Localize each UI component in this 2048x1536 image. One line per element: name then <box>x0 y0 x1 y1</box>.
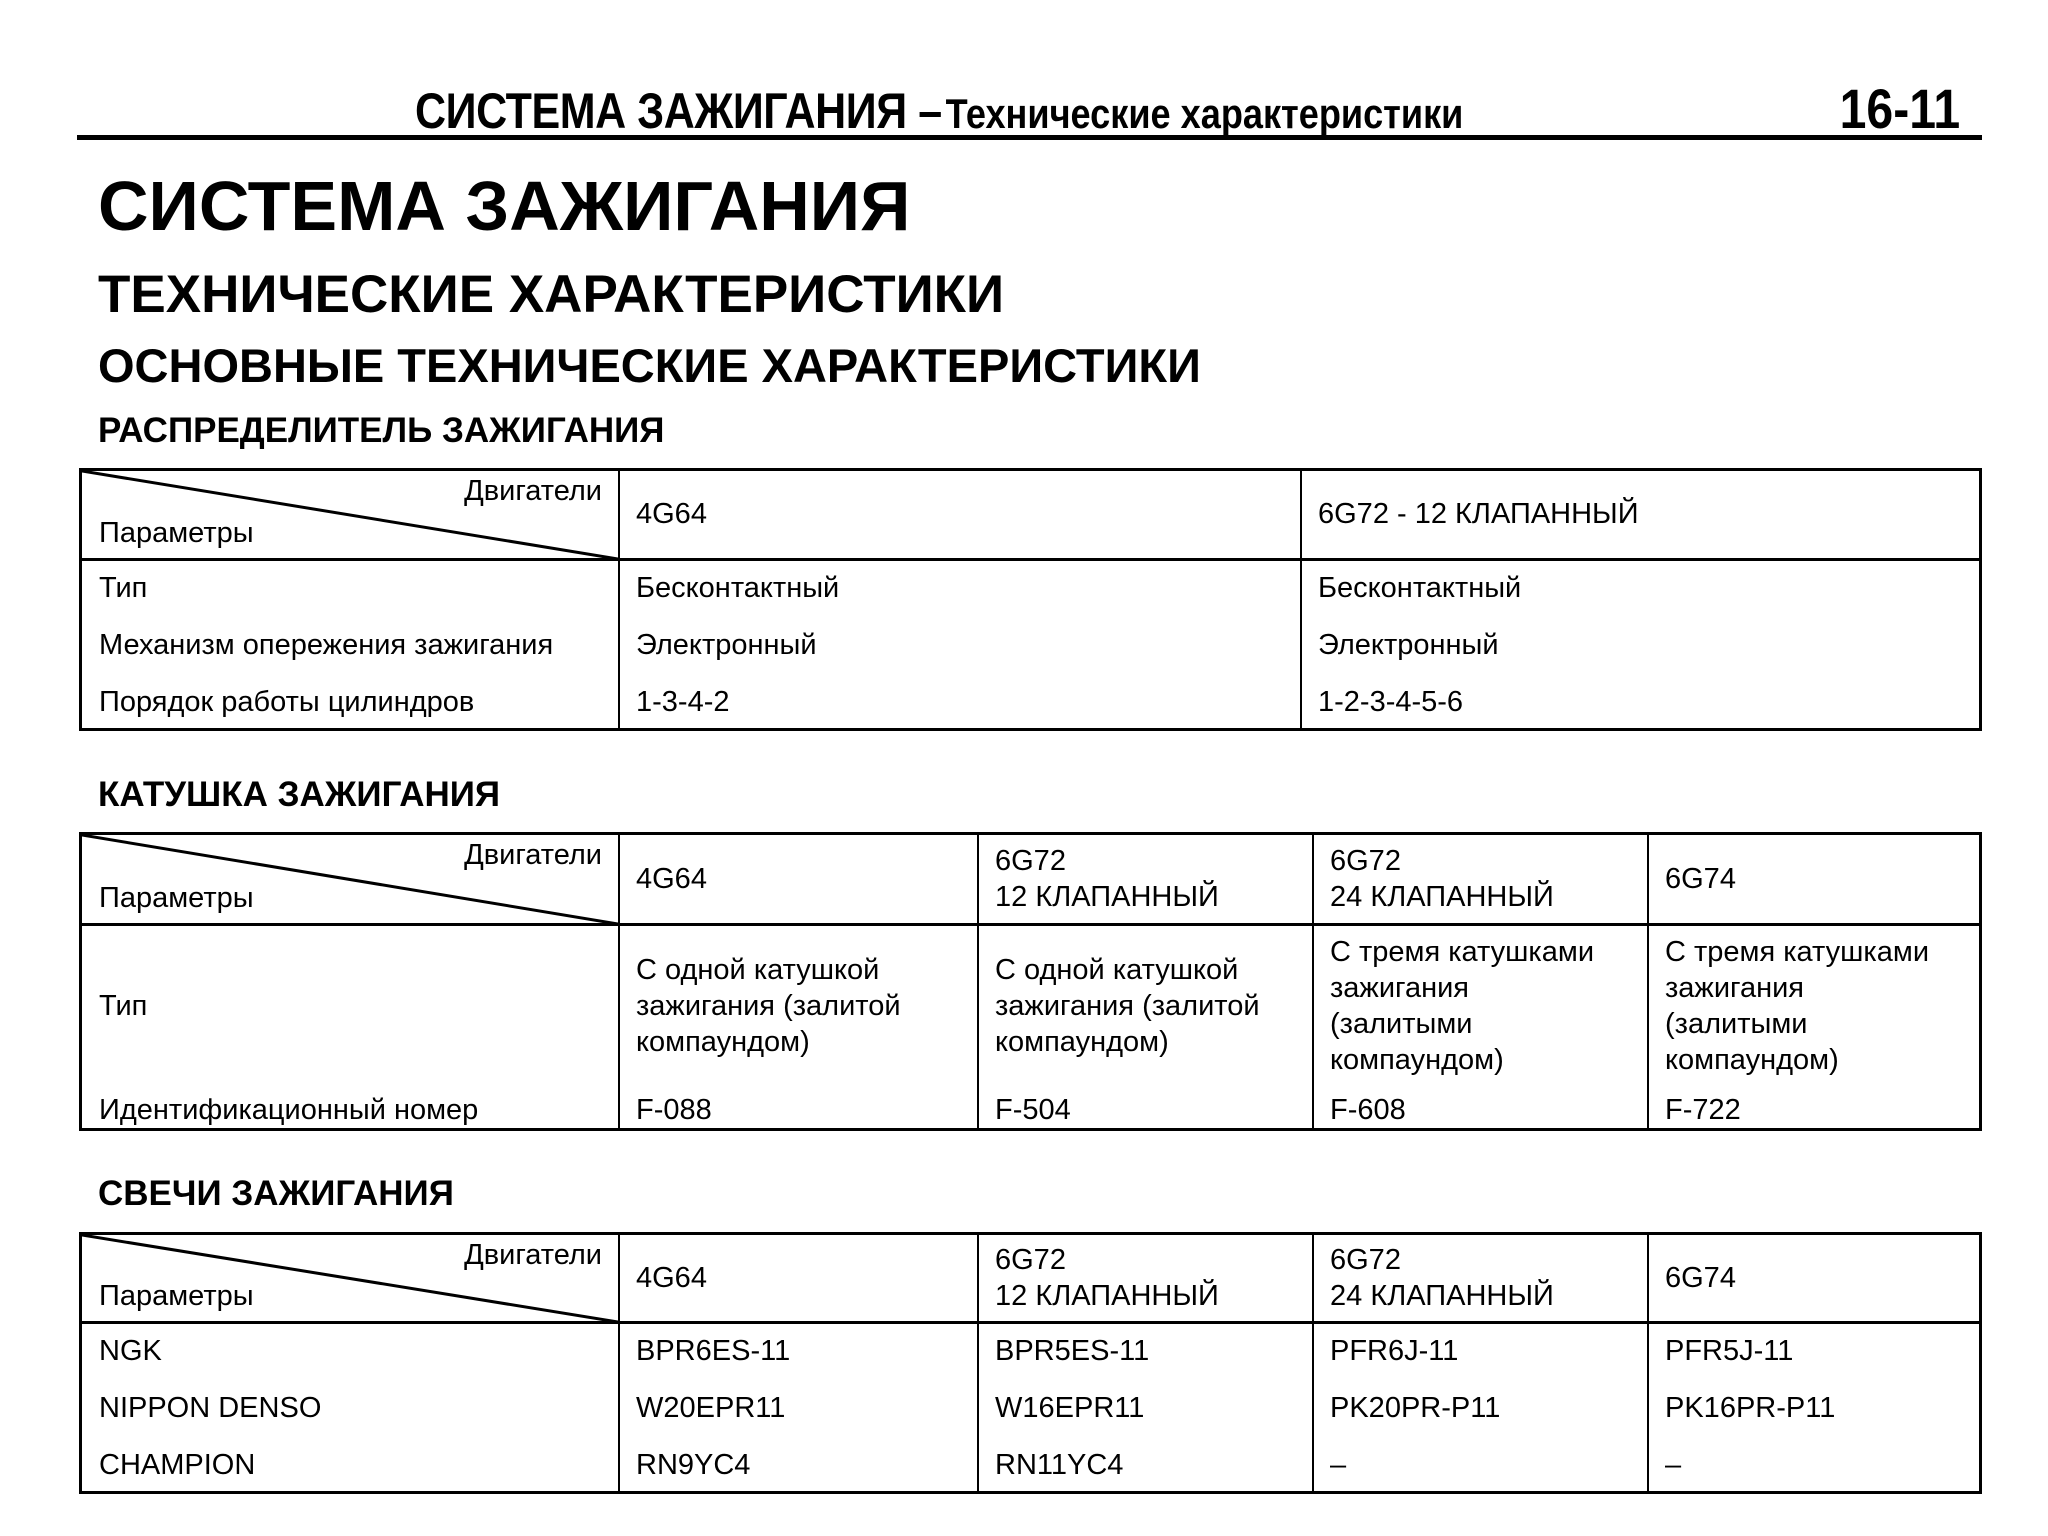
cell-value: PK16PR-P11 <box>1665 1390 1835 1426</box>
column-header: 4G64 <box>636 1260 707 1296</box>
parameters-label: Параметры <box>99 1280 254 1313</box>
cell-value: F-504 <box>995 1092 1071 1128</box>
distributor-table: ДвигателиПараметры4G646G72 - 12 КЛАПАННЫ… <box>79 468 1982 731</box>
row-parameter: NGK <box>99 1333 162 1369</box>
cell-value: F-088 <box>636 1092 712 1128</box>
row-parameter: Идентификационный номер <box>99 1092 478 1128</box>
column-divider <box>1312 835 1314 1128</box>
column-divider <box>977 835 979 1128</box>
column-header: 6G72 12 КЛАПАННЫЙ <box>995 1242 1219 1314</box>
column-header: 6G74 <box>1665 1260 1736 1296</box>
cell-value: – <box>1665 1447 1681 1483</box>
cell-value: С тремя катушками зажигания (залитыми ко… <box>1665 934 1929 1078</box>
column-divider <box>1647 1235 1649 1491</box>
cell-value: С одной катушкой зажигания (залитой комп… <box>636 952 901 1060</box>
cell-value: 1-2-3-4-5-6 <box>1318 684 1463 720</box>
cell-value: С одной катушкой зажигания (залитой комп… <box>995 952 1260 1060</box>
plugs-heading: СВЕЧИ ЗАЖИГАНИЯ <box>98 1174 454 1214</box>
cell-value: PFR6J-11 <box>1330 1333 1458 1369</box>
cell-value: – <box>1330 1447 1346 1483</box>
column-divider <box>618 471 620 728</box>
column-divider <box>977 1235 979 1491</box>
column-divider <box>1647 835 1649 1128</box>
parameters-label: Параметры <box>99 517 254 550</box>
section-title: СИСТЕМА ЗАЖИГАНИЯ <box>98 166 910 246</box>
running-header-main: СИСТЕМА ЗАЖИГАНИЯ – <box>415 83 942 139</box>
column-header: 6G72 24 КЛАПАННЫЙ <box>1330 843 1554 915</box>
plugs-table: ДвигателиПараметры4G646G72 12 КЛАПАННЫЙ6… <box>79 1232 1982 1494</box>
cell-value: Бесконтактный <box>1318 570 1521 606</box>
cell-value: 1-3-4-2 <box>636 684 730 720</box>
engines-label: Двигатели <box>464 475 602 508</box>
running-header-title: СИСТЕМА ЗАЖИГАНИЯ – Технические характер… <box>415 82 1463 140</box>
cell-value: RN11YC4 <box>995 1447 1123 1483</box>
cell-value: RN9YC4 <box>636 1447 750 1483</box>
column-header: 6G72 12 КЛАПАННЫЙ <box>995 843 1219 915</box>
coil-heading: КАТУШКА ЗАЖИГАНИЯ <box>98 775 500 815</box>
row-parameter: Тип <box>99 988 147 1024</box>
cell-value: BPR5ES-11 <box>995 1333 1149 1369</box>
column-header: 6G72 - 12 КЛАПАННЫЙ <box>1318 496 1639 532</box>
page-number: 16-11 <box>1839 76 1960 141</box>
column-divider <box>1312 1235 1314 1491</box>
column-header: 6G72 24 КЛАПАННЫЙ <box>1330 1242 1554 1314</box>
row-parameter: Порядок работы цилиндров <box>99 684 474 720</box>
cell-value: W20EPR11 <box>636 1390 785 1426</box>
cell-value: F-608 <box>1330 1092 1406 1128</box>
column-header: 4G64 <box>636 861 707 897</box>
engines-label: Двигатели <box>464 1239 602 1272</box>
column-divider <box>618 1235 620 1491</box>
running-header-sub: Технические характеристики <box>946 90 1464 137</box>
row-parameter: CHAMPION <box>99 1447 255 1483</box>
row-parameter: Тип <box>99 570 147 606</box>
cell-value: PFR5J-11 <box>1665 1333 1793 1369</box>
cell-value: Электронный <box>636 627 817 663</box>
cell-value: F-722 <box>1665 1092 1741 1128</box>
coil-table: ДвигателиПараметры4G646G72 12 КЛАПАННЫЙ6… <box>79 832 1982 1131</box>
column-divider <box>1300 471 1302 728</box>
column-header: 6G74 <box>1665 861 1736 897</box>
cell-value: W16EPR11 <box>995 1390 1144 1426</box>
cell-value: Электронный <box>1318 627 1499 663</box>
cell-value: PK20PR-P11 <box>1330 1390 1500 1426</box>
parameters-label: Параметры <box>99 882 254 915</box>
cell-value: С тремя катушками зажигания (залитыми ко… <box>1330 934 1594 1078</box>
row-parameter: Механизм опережения зажигания <box>99 627 553 663</box>
row-parameter: NIPPON DENSO <box>99 1390 321 1426</box>
engines-label: Двигатели <box>464 839 602 872</box>
header-rule <box>77 135 1982 140</box>
subsubsection-title: ОСНОВНЫЕ ТЕХНИЧЕСКИЕ ХАРАКТЕРИСТИКИ <box>98 338 1201 393</box>
column-header: 4G64 <box>636 496 707 532</box>
cell-value: BPR6ES-11 <box>636 1333 790 1369</box>
column-divider <box>618 835 620 1128</box>
subsection-title: ТЕХНИЧЕСКИЕ ХАРАКТЕРИСТИКИ <box>98 264 1004 325</box>
distributor-heading: РАСПРЕДЕЛИТЕЛЬ ЗАЖИГАНИЯ <box>98 411 664 451</box>
cell-value: Бесконтактный <box>636 570 839 606</box>
